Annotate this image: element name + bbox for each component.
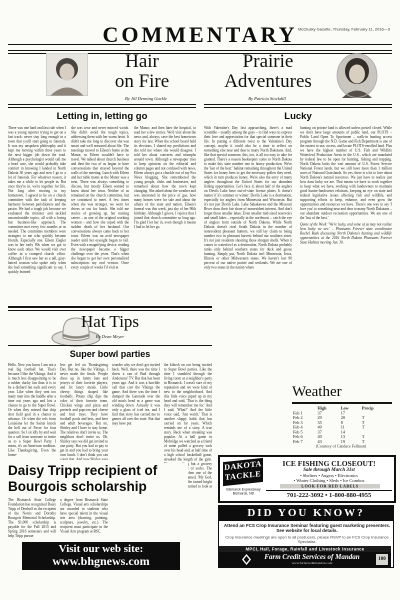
article-lucky-col2: hunting on private land is allowed unles…	[300, 126, 392, 383]
superbowl-col3: wonder why we don't get invited back. We…	[112, 363, 160, 460]
ice-ad-sub: Sale through March 31st	[266, 467, 392, 473]
headline-lucky: Lucky	[204, 111, 392, 122]
dyk-footer-bar: Farm Credit Services of Mandan www.farmc…	[219, 552, 391, 567]
left-mast-rule-1	[8, 104, 196, 105]
weather-note: (Courtesy of Candace Fellman)	[292, 444, 390, 449]
column-title-line1: Prairie	[204, 52, 332, 72]
column-title-line1: Hair	[88, 52, 196, 72]
did-you-know-ad: DID YOU KNOW? Attend an FCS Crop Insuran…	[218, 505, 394, 568]
headline-letting-in-letting-go: Letting in, letting go	[8, 111, 196, 122]
headline-scholarship: Daisy Tripp recipient of Bourgois schola…	[8, 463, 188, 494]
hat-tips-title: Hat Tips	[8, 312, 212, 332]
scholarship-col2: a degree from Bismarck State College. Vi…	[60, 498, 108, 541]
superbowl-col2: less get fed on Thanksgiving Day. But no…	[60, 363, 108, 460]
web-ad-url: www.bhgnews.com	[22, 555, 180, 568]
column-title-line2: Adventures	[204, 72, 332, 92]
column-title-line2: on Fire	[88, 72, 196, 92]
article-lucky-col2-text: hunting on private land is allowed unles…	[300, 126, 392, 221]
byline-jill: By Jill Denning Gackle	[96, 96, 196, 101]
header-double-rule-1	[8, 50, 392, 51]
weather-section: Weather High Low Precip Feb 13717 Feb 22…	[292, 384, 394, 456]
article-lucky-quote-of-week: Quote of the Week: 'We're lucky, and som…	[300, 223, 392, 246]
superbowl-col4: the kibosh on our being invited to Super…	[164, 363, 212, 540]
article-letting-col3: the Manor, and then later the hospital, …	[134, 126, 196, 304]
dyk-body2: Crop insurance meetings are open to all …	[223, 535, 391, 544]
article-letting-col2: she was wise and never minced words. She…	[71, 126, 129, 304]
hat-tips-top-rule-thick	[8, 306, 212, 308]
header-rule-left	[8, 44, 130, 45]
byline-patricia: By Patricia Stockdill	[214, 96, 320, 101]
weather-title: Weather	[292, 384, 394, 401]
headline-scholarship-line2: Bourgois scholarship	[8, 479, 188, 495]
ice-ad-label-bar: LOOK FOR RED LABELS	[280, 484, 380, 489]
ice-ad-phone: 701-222-3092 • 1-800-880-4955	[266, 490, 392, 499]
weather-rule	[292, 402, 392, 404]
right-mast-rule-2	[204, 107, 392, 108]
bhgnews-web-ad: Visit our web site: www.bhgnews.com	[22, 542, 180, 570]
article-letting-col1: There was one hard and fast rule when I …	[8, 126, 66, 304]
scholarship-col1: The Bismarck State College Foundation ha…	[8, 498, 56, 541]
author-photo-patricia	[336, 53, 378, 98]
headline-super-bowl-parties: Super bowl parties	[8, 349, 212, 359]
column-title-hair-on-fire: Hair on Fire	[88, 52, 196, 92]
ice-ad-bullets2: • Winter Clothing • Sleds • Ice Combos	[266, 478, 392, 483]
right-mast-rule-1	[204, 104, 392, 105]
hat-tips-rule-under	[8, 345, 212, 346]
woman-headshot-icon	[46, 53, 88, 96]
header-rule-right	[274, 44, 392, 45]
woman-headshot-oval-icon	[336, 53, 378, 98]
hat-tips-top-rule-thin	[8, 310, 212, 311]
byline-dean: By Dean Meyer	[8, 334, 212, 339]
dyk-body1: Attend an FCS Crop Insurance Seminar fea…	[223, 523, 391, 533]
headline-scholarship-line1: Daisy Tripp recipient of	[8, 463, 188, 479]
farm-credit-100-badge: 100	[376, 554, 388, 565]
article-lucky-col1: With Valentine's Day fast approaching, t…	[204, 126, 292, 449]
left-mast-rule-2	[8, 107, 196, 108]
superbowl-col1: Hello. Now you know I am not a real big …	[8, 363, 56, 460]
farm-credit-site: www.farmcreditmandan.com	[257, 561, 367, 565]
dakota-tackle-address: Bismarck Expressway Bismarck, ND	[222, 488, 265, 496]
weather-table: High Low Precip Feb 13717 Feb 22920T Feb…	[292, 406, 392, 449]
farm-credit-brand: Farm Credit Services of Mandan	[257, 553, 367, 561]
newspaper-page: McClusky Gazette, Thursday, February 11,…	[0, 0, 400, 600]
column-title-prairie-adventures: Prairie Adventures	[204, 52, 332, 92]
dyk-title-bar: DID YOU KNOW?	[219, 506, 393, 521]
author-photo-jill	[46, 53, 88, 96]
dakota-tackle-logo: DAKOTA TACKLE	[223, 458, 263, 486]
ice-fishing-ad: DAKOTA TACKLE Bismarck Expressway Bismar…	[218, 455, 396, 503]
farm-credit-logo	[241, 554, 252, 565]
